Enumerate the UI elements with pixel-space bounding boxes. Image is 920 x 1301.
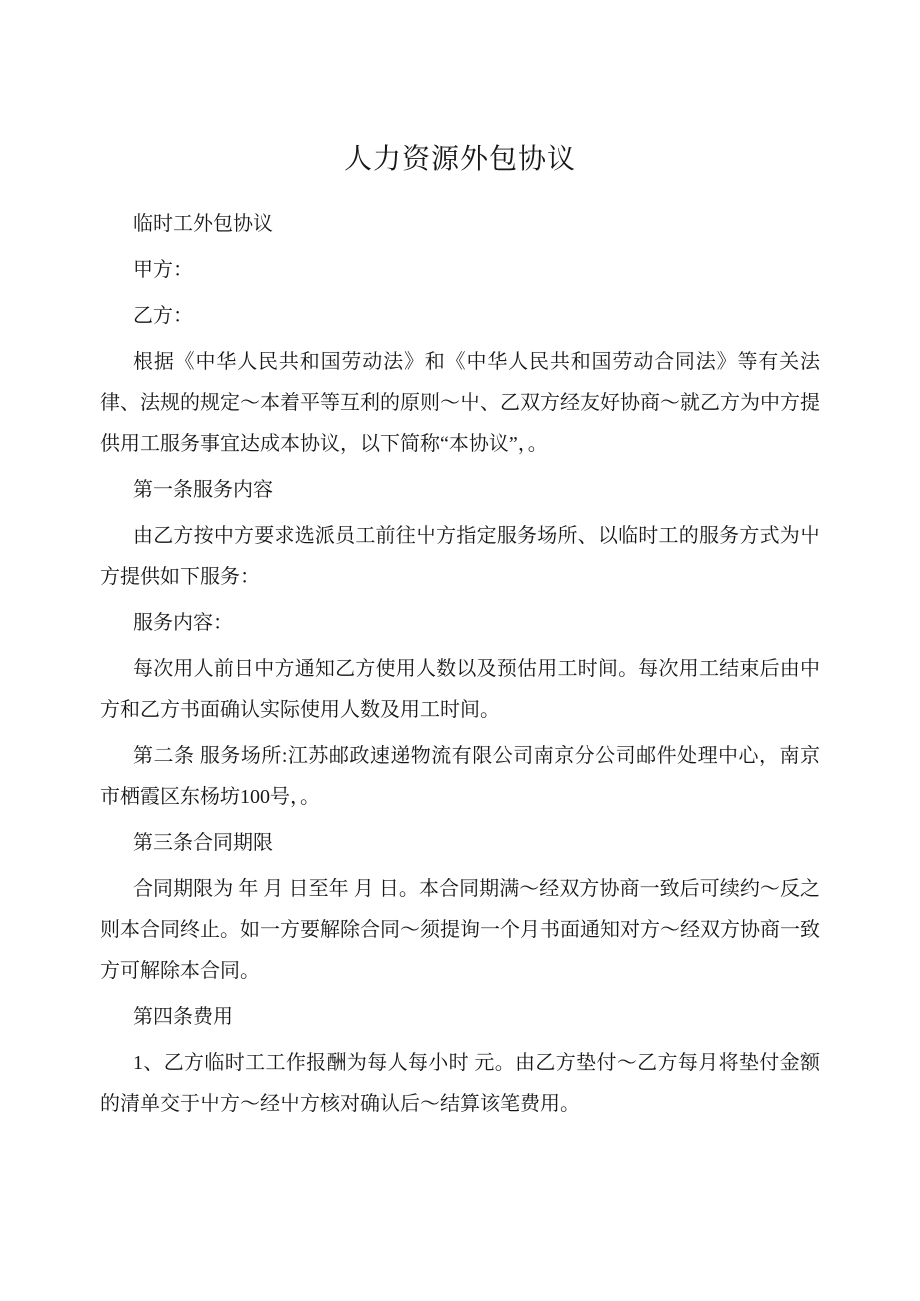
paragraph: 乙方：: [100, 296, 820, 337]
document-body: 临时工外包协议甲方：乙方：根据《中华人民共和国劳动法》和《中华人民共和国劳动合同…: [0, 204, 920, 1125]
document-title: 人力资源外包协议: [0, 0, 920, 180]
document-page: 人力资源外包协议 临时工外包协议甲方：乙方：根据《中华人民共和国劳动法》和《中华…: [0, 0, 920, 1301]
paragraph: 1、乙方临时工工作报酬为每人每小时 元。由乙方垫付～乙方每月将垫付金额的清单交于…: [100, 1043, 820, 1125]
paragraph: 临时工外包协议: [100, 204, 820, 245]
paragraph: 甲方：: [100, 250, 820, 291]
paragraph: 根据《中华人民共和国劳动法》和《中华人民共和国劳动合同法》等有关法律、法规的规定…: [100, 342, 820, 465]
paragraph: 第二条 服务场所:江苏邮政速递物流有限公司南京分公司邮件处理中心，南京市栖霞区东…: [100, 736, 820, 818]
paragraph: 由乙方按中方要求选派员工前往屮方指定服务场所、以临时工的服务方式为屮方提供如下服…: [100, 516, 820, 598]
paragraph: 第四条费用: [100, 997, 820, 1038]
paragraph: 第一条服务内容: [100, 470, 820, 511]
paragraph: 服务内容：: [100, 603, 820, 644]
paragraph: 第三条合同期限: [100, 823, 820, 864]
paragraph: 合同期限为 年 月 日至年 月 日。本合同期满～经双方协商一致后可续约～反之则本…: [100, 869, 820, 992]
paragraph: 每次用人前日中方通知乙方使用人数以及预估用工时间。每次用工结束后由中方和乙方书面…: [100, 649, 820, 731]
